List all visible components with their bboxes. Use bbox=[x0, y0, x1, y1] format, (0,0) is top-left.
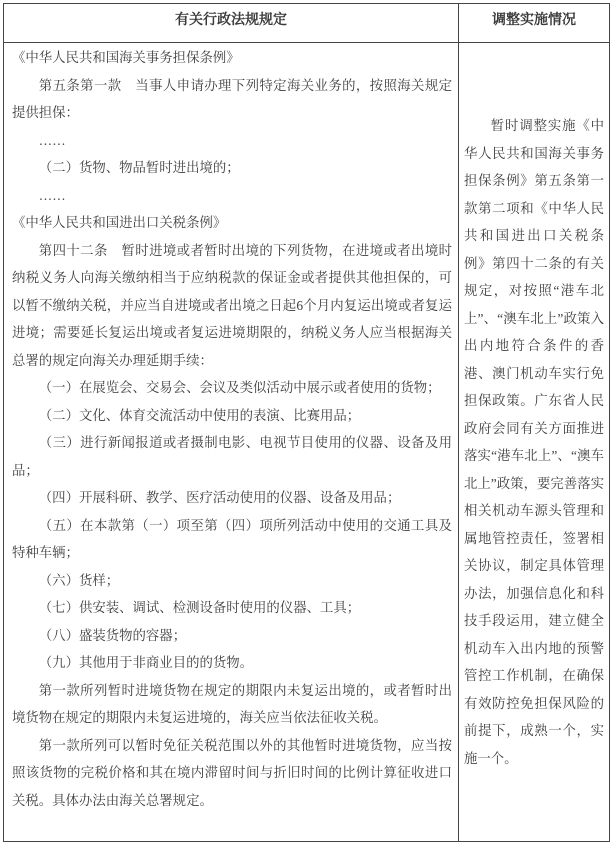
header-row: 有关行政法规规定 调整实施情况 bbox=[4, 4, 610, 43]
regulation-paragraph: （一）在展览会、交易会、会议及类似活动中展示或者使用的货物； bbox=[12, 374, 452, 402]
column-header-regulations: 有关行政法规规定 bbox=[4, 4, 459, 43]
regulation-paragraph: （四）开展科研、教学、医疗活动使用的仪器、设备及用品； bbox=[12, 484, 452, 512]
regulation-paragraph: …… bbox=[12, 127, 452, 155]
regulation-paragraph: …… bbox=[12, 182, 452, 210]
regulations-paragraph-list: 《中华人民共和国海关事务担保条例》第五条第一款 当事人申请办理下列特定海关业务的… bbox=[12, 44, 452, 814]
regulation-paragraph: 第一款所列可以暂时免征关税范围以外的其他暂时进境货物，应当按照该货物的完税价格和… bbox=[12, 732, 452, 815]
body-row: 《中华人民共和国海关事务担保条例》第五条第一款 当事人申请办理下列特定海关业务的… bbox=[4, 43, 610, 842]
regulation-paragraph: （八）盛装货物的容器； bbox=[12, 622, 452, 650]
regulation-paragraph: （二）货物、物品暂时进出境的； bbox=[12, 154, 452, 182]
regulation-paragraph: （六）货样； bbox=[12, 567, 452, 595]
regulation-table: 有关行政法规规定 调整实施情况 《中华人民共和国海关事务担保条例》第五条第一款 … bbox=[3, 3, 610, 842]
regulation-paragraph: （二）文化、体育交流活动中使用的表演、比赛用品； bbox=[12, 402, 452, 430]
regulation-paragraph: 《中华人民共和国进出口关税条例》 bbox=[12, 209, 452, 237]
implementation-paragraph-list: 暂时调整实施《中华人民共和国海关事务担保条例》第五条第一款第二项和《中华人民共和… bbox=[464, 112, 604, 772]
regulation-paragraph: 第一款所列暂时进境货物在规定的期限内未复运出境的，或者暂时出境货物在规定的期限内… bbox=[12, 677, 452, 732]
implementation-cell: 暂时调整实施《中华人民共和国海关事务担保条例》第五条第一款第二项和《中华人民共和… bbox=[459, 43, 610, 842]
regulation-paragraph: 第五条第一款 当事人申请办理下列特定海关业务的，按照海关规定提供担保： bbox=[12, 72, 452, 127]
regulations-cell: 《中华人民共和国海关事务担保条例》第五条第一款 当事人申请办理下列特定海关业务的… bbox=[4, 43, 459, 842]
document-page: 有关行政法规规定 调整实施情况 《中华人民共和国海关事务担保条例》第五条第一款 … bbox=[0, 0, 612, 845]
regulation-paragraph: （五）在本款第（一）项至第（四）项所列活动中使用的交通工具及特种车辆； bbox=[12, 512, 452, 567]
regulation-paragraph: 《中华人民共和国海关事务担保条例》 bbox=[12, 44, 452, 72]
regulation-paragraph: 第四十二条 暂时进境或者暂时出境的下列货物，在进境或者出境时纳税义务人向海关缴纳… bbox=[12, 237, 452, 375]
regulation-paragraph: （三）进行新闻报道或者摄制电影、电视节目使用的仪器、设备及用品； bbox=[12, 429, 452, 484]
regulation-paragraph: （九）其他用于非商业目的的货物。 bbox=[12, 649, 452, 677]
regulation-paragraph: （七）供安装、调试、检测设备时使用的仪器、工具； bbox=[12, 594, 452, 622]
implementation-paragraph: 暂时调整实施《中华人民共和国海关事务担保条例》第五条第一款第二项和《中华人民共和… bbox=[464, 112, 604, 772]
column-header-implementation: 调整实施情况 bbox=[459, 4, 610, 43]
